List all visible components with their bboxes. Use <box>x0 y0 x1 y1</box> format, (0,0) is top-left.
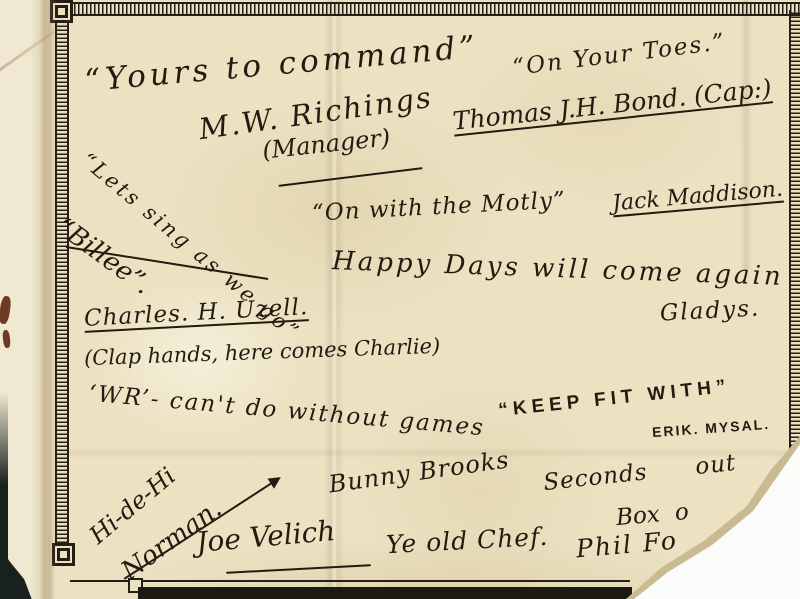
inscription-on-with-the-motly: “On with the Motly” <box>311 187 566 226</box>
signature-jack-maddison: Jack Maddison. <box>611 177 784 217</box>
bottom-rule-thick <box>138 587 632 599</box>
signature-phil-torn: Phil Fo <box>575 526 679 564</box>
inscription-ye-old-chef: Ye old Chef. <box>385 522 549 559</box>
scanned-autograph-page: “Yours to command” M.W. Richings (Manage… <box>0 0 800 599</box>
signature-thomas-bond-captain: Thomas J.H. Bond. (Cap:) <box>451 73 773 135</box>
gutter-shadow <box>42 0 56 599</box>
inscription-keep-fit-with: “KEEP FIT WITH” <box>497 376 731 422</box>
signature-erik-mysal: ERIK. MYSAL. <box>652 416 771 440</box>
ornamental-border-top <box>66 2 800 16</box>
flourish-under-manager <box>278 167 422 187</box>
inscription-happy-days: Happy Days will come again <box>332 246 785 292</box>
flourish-under-joe-velich <box>226 564 371 574</box>
ornamental-border-right <box>789 10 800 450</box>
inscription-clap-hands: (Clap hands, here comes Charlie) <box>84 334 441 370</box>
paper-crease-vertical <box>324 0 344 599</box>
signature-gladys: Gladys. <box>659 295 761 326</box>
inscription-on-your-toes: “On Your Toes.” <box>511 29 727 81</box>
inscription-box-o: Box o <box>615 499 690 531</box>
paper-crease-right <box>740 0 752 270</box>
ornamental-border-left <box>55 17 69 543</box>
inscription-cant-do-without-games: ‘WR’- can't do without games <box>88 381 486 442</box>
bottom-rule-thin <box>70 580 630 582</box>
